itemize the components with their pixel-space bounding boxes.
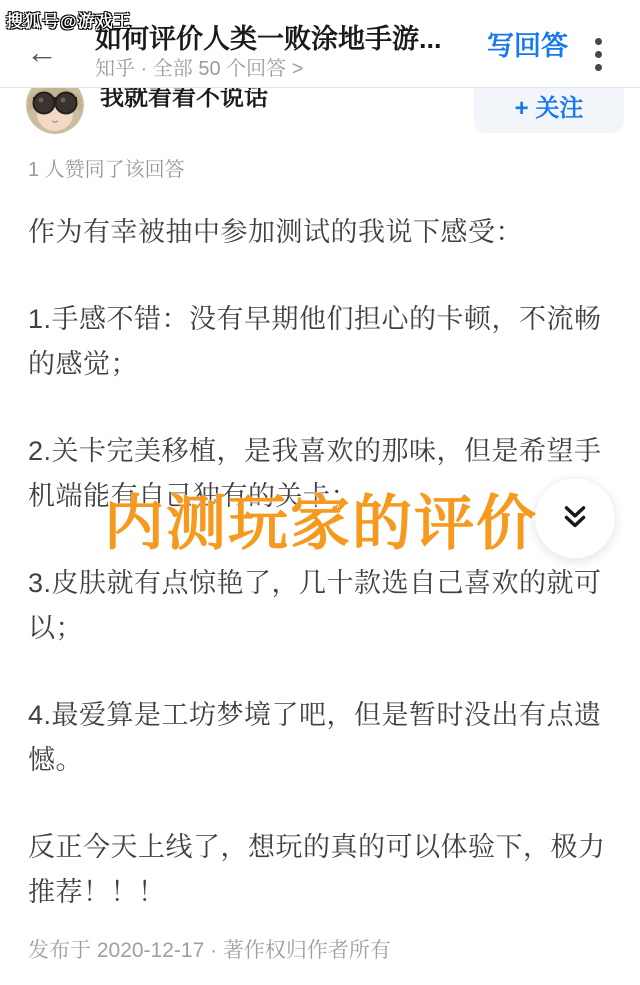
more-menu-icon[interactable] xyxy=(586,34,610,74)
answer-paragraph: 反正今天上线了，想玩的真的可以体验下，极力推荐！！！ xyxy=(28,825,612,915)
watermark: 搜狐号@游戏王 xyxy=(6,7,132,32)
question-header: 如何评价人类一败涂地手游... 知乎 · 全部 50 个回答 > xyxy=(95,24,465,81)
upvote-note: 1 人赞同了该回答 xyxy=(28,156,612,184)
question-title: 如何评价人类一败涂地手游... xyxy=(95,24,465,54)
author-name[interactable]: 我就看看不说话 xyxy=(100,84,268,112)
answer-paragraph: 4.最爱算是工坊梦境了吧，但是暂时没出有点遗憾。 xyxy=(28,693,612,783)
back-icon[interactable]: ← xyxy=(26,36,58,68)
publish-meta: 发布于 2020-12-17 · 著作权归作者所有 xyxy=(28,937,612,965)
all-answers-link[interactable]: 知乎 · 全部 50 个回答 > xyxy=(95,57,465,81)
answer-paragraph: 3.皮肤就有点惊艳了，几十款选自己喜欢的就可以； xyxy=(28,561,612,651)
expand-button[interactable] xyxy=(534,477,616,559)
answer-paragraph: 作为有幸被抽中参加测试的我说下感受： xyxy=(28,210,612,255)
overlay-caption: 内测玩家的评价 xyxy=(104,488,538,560)
write-answer-button[interactable]: 写回答 xyxy=(487,30,568,62)
answer-paragraph: 1.手感不错：没有早期他们担心的卡顿，不流畅的感觉； xyxy=(28,297,612,387)
zhihu-answer-page: 我就看看不说话 + 关注 ← 如何评价人类一败涂地手游... 知乎 · 全部 5… xyxy=(0,0,640,985)
answer-content: 1 人赞同了该回答 作为有幸被抽中参加测试的我说下感受： 1.手感不错：没有早期… xyxy=(28,156,612,965)
chevron-double-down-icon xyxy=(559,502,591,534)
